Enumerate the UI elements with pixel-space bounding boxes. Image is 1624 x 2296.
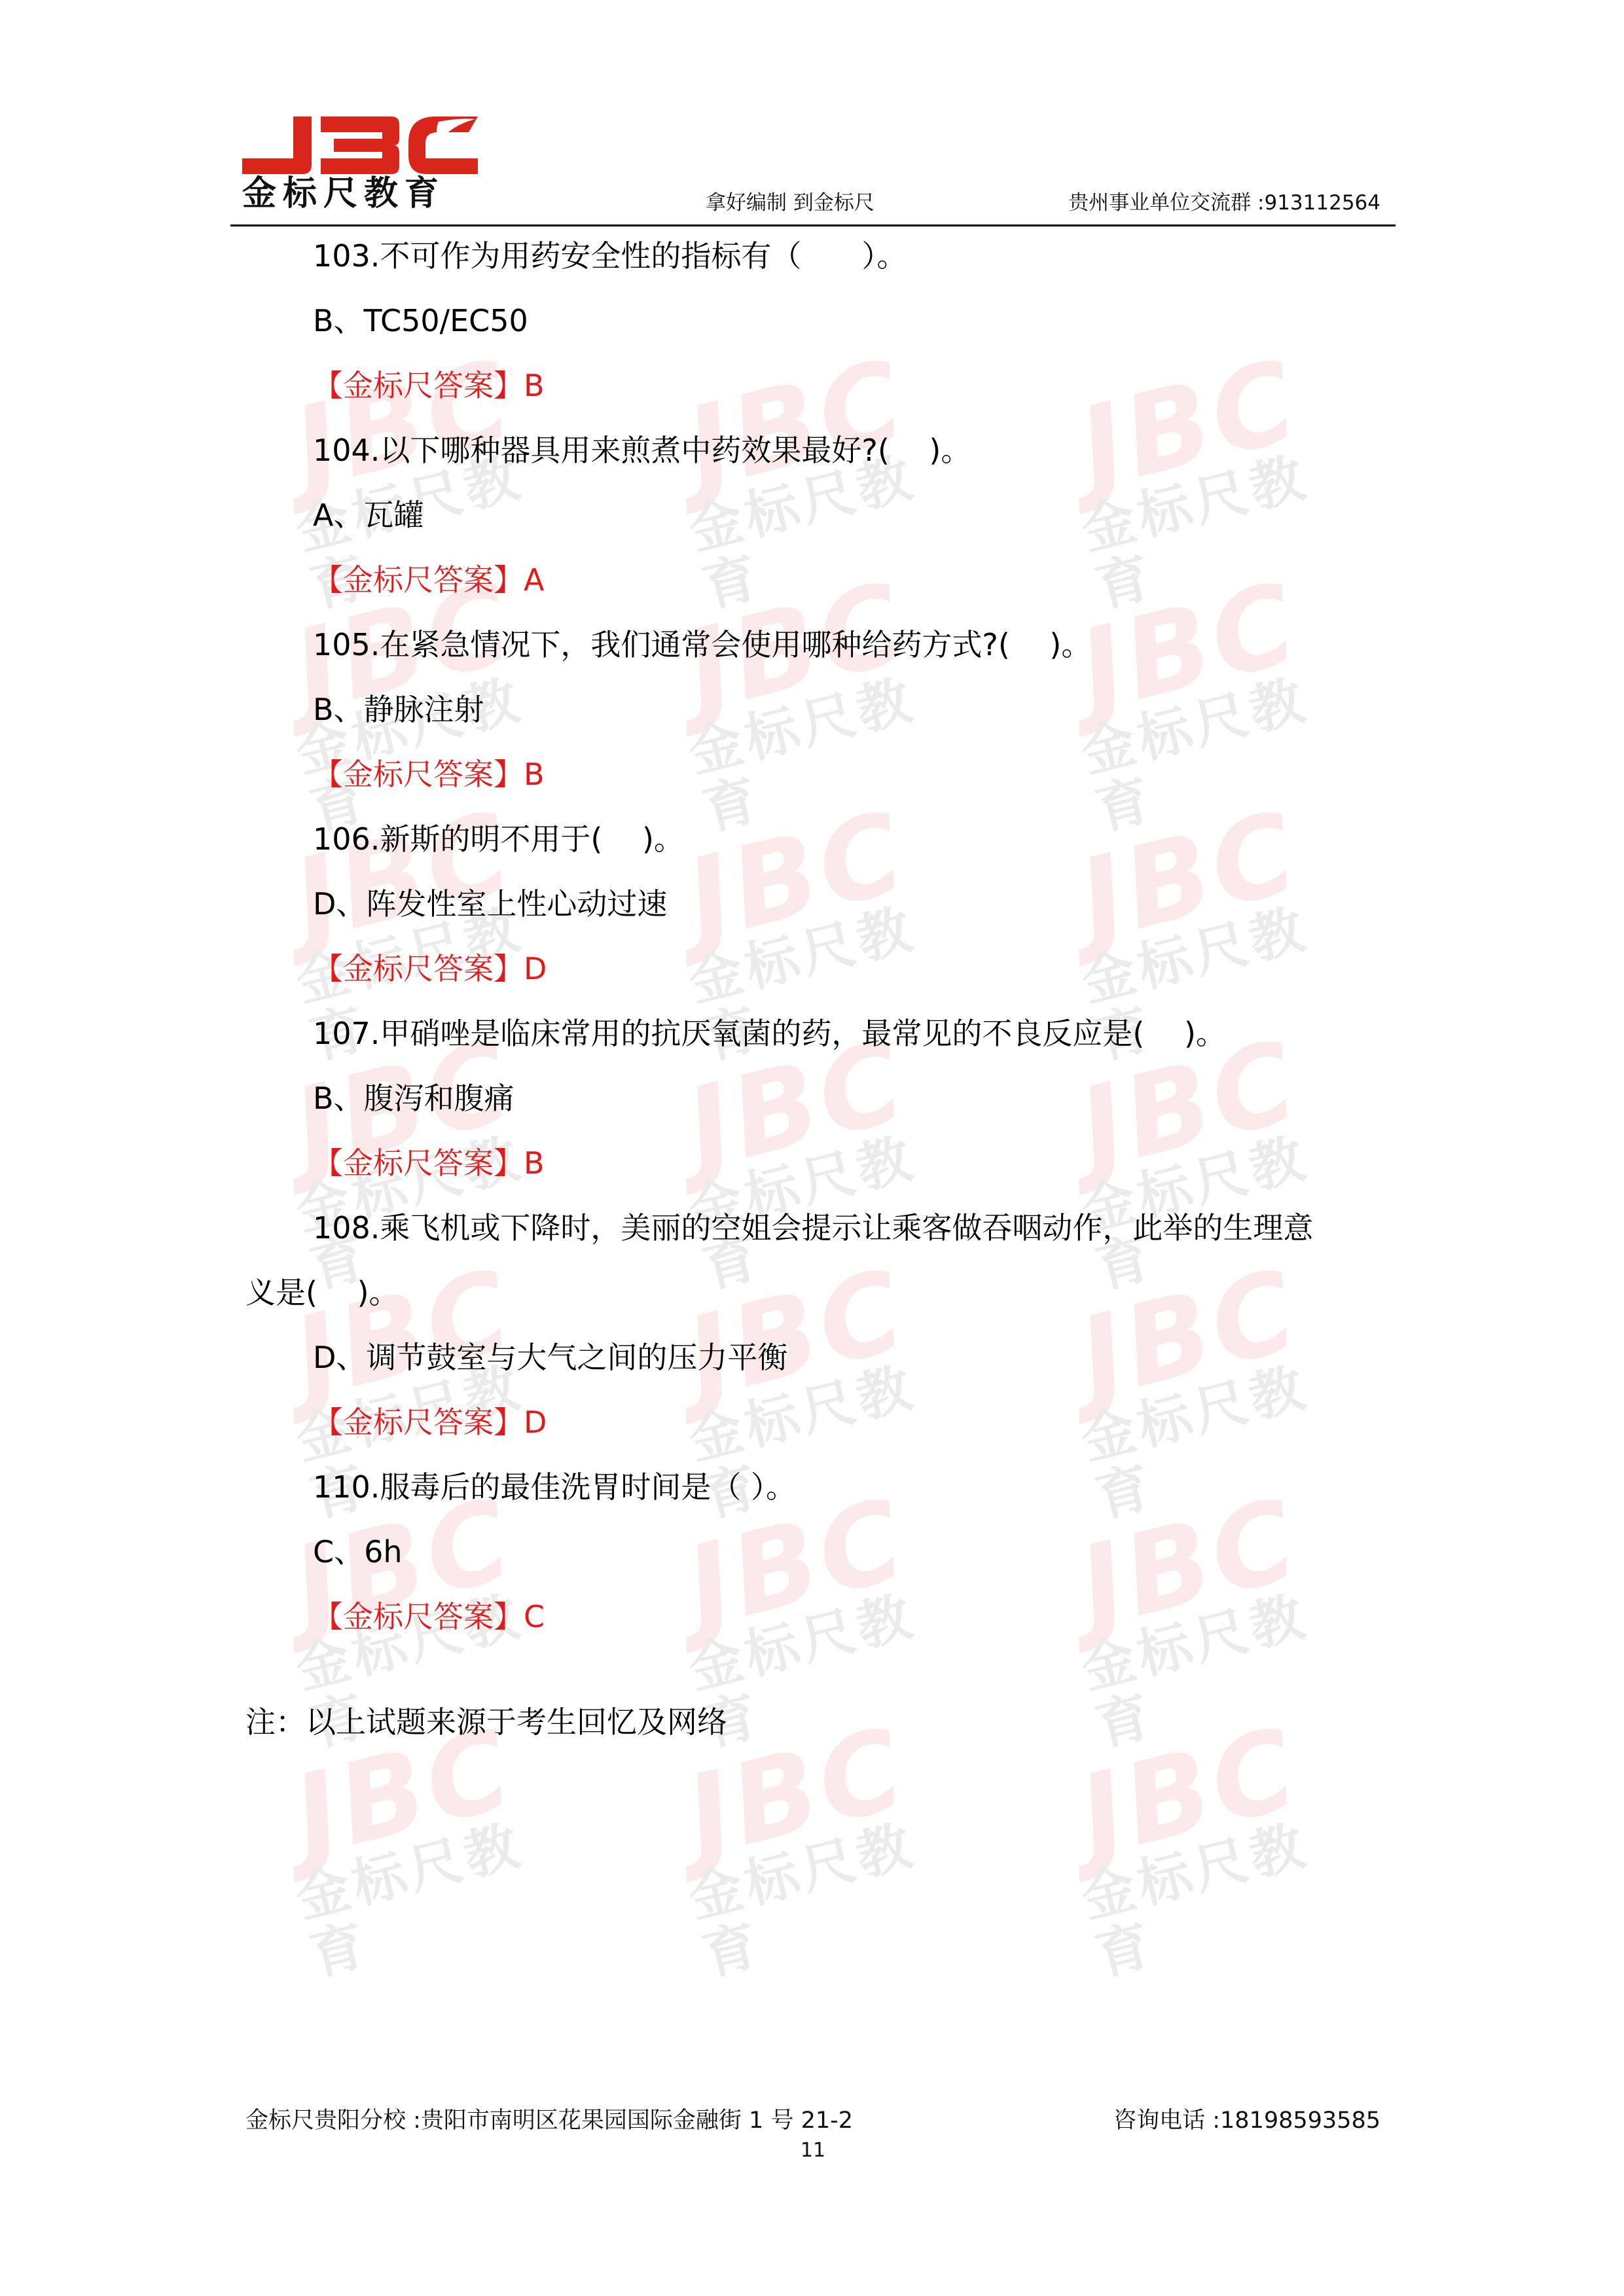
question-stem-103: 103.不可作为用药安全性的指标有（ ）。 (313, 238, 907, 274)
logo-brand-name: 金标尺教育 (242, 175, 445, 212)
question-stem-106: 106.新斯的明不用于( )。 (313, 821, 684, 857)
header-group-number: 贵州事业单位交流群 :913112564 (1068, 186, 1380, 215)
question-stem-108-cont: 义是( )。 (245, 1274, 399, 1311)
answer-value: B (524, 368, 545, 403)
question-answer-107: 【金标尺答案】B (313, 1145, 545, 1181)
watermark-name: 金标尺教育 (683, 1576, 978, 1757)
watermark-letters: JBC (677, 1254, 917, 1415)
question-option-106: D、阵发性室上性心动过速 (313, 886, 667, 922)
answer-value: D (524, 1405, 547, 1440)
answer-label: 【金标尺答案】 (313, 562, 524, 598)
question-option-105: B、静脉注射 (313, 691, 484, 728)
question-option-110: C、6h (313, 1534, 403, 1570)
watermark-letters: JBC (677, 344, 917, 505)
watermark-tile: JBC金标尺教育 (658, 558, 965, 790)
question-stem-110: 110.服毒后的最佳洗胃时间是（ ）。 (313, 1469, 796, 1505)
question-answer-108: 【金标尺答案】D (313, 1404, 547, 1441)
answer-label: 【金标尺答案】 (313, 1599, 524, 1634)
question-answer-104: 【金标尺答案】A (313, 562, 544, 598)
watermark-tile: JBC金标尺教育 (1051, 1704, 1358, 1935)
watermark-letters: JBC (677, 1483, 917, 1644)
jbc-logo-icon (242, 117, 478, 174)
footer-phone: 咨询电话 :18198593585 (1113, 2102, 1380, 2135)
watermark-tile: JBC金标尺教育 (1051, 1475, 1358, 1706)
question-stem-105: 105.在紧急情况下，我们通常会使用哪种给药方式?( )。 (313, 626, 1091, 663)
answer-value: D (524, 951, 547, 986)
watermark-name: 金标尺教育 (290, 660, 585, 840)
document-page: JBC金标尺教育JBC金标尺教育JBC金标尺教育JBC金标尺教育JBC金标尺教育… (0, 0, 1624, 2296)
watermark-letters: JBC (1070, 344, 1310, 505)
header-divider (230, 224, 1396, 226)
watermark-tile: JBC金标尺教育 (1051, 336, 1358, 567)
question-answer-106: 【金标尺答案】D (313, 950, 547, 987)
question-answer-110: 【金标尺答案】C (313, 1598, 545, 1635)
question-stem-108: 108.乘飞机或下降时，美丽的空姐会提示让乘客做吞咽动作，此举的生理意 (313, 1210, 1313, 1246)
answer-value: B (524, 1145, 545, 1181)
question-option-103: B、TC50/EC50 (313, 302, 528, 339)
answer-label: 【金标尺答案】 (313, 368, 524, 403)
watermark-name: 金标尺教育 (290, 1805, 585, 1986)
question-stem-104: 104.以下哪种器具用来煎煮中药效果最好?( )。 (313, 432, 971, 469)
question-answer-103: 【金标尺答案】B (313, 367, 545, 404)
question-answer-105: 【金标尺答案】B (313, 756, 545, 793)
watermark-tile: JBC金标尺教育 (1051, 787, 1358, 1019)
watermark-letters: JBC (1070, 796, 1310, 957)
watermark-name: 金标尺教育 (1075, 437, 1371, 618)
watermark-letters: JBC (1070, 567, 1310, 728)
watermark-name: 金标尺教育 (1075, 1805, 1371, 1986)
answer-label: 【金标尺答案】 (313, 757, 524, 792)
watermark-name: 金标尺教育 (1075, 660, 1371, 840)
watermark-name: 金标尺教育 (683, 1118, 978, 1299)
watermark-name: 金标尺教育 (1075, 1118, 1371, 1299)
watermark-tile: JBC金标尺教育 (265, 1475, 573, 1706)
watermark-tile: JBC金标尺教育 (658, 787, 965, 1019)
watermark-name: 金标尺教育 (683, 1805, 978, 1986)
answer-value: C (524, 1599, 545, 1634)
answer-value: A (524, 562, 544, 598)
watermark-tile: JBC金标尺教育 (1051, 1246, 1358, 1477)
watermark-tile: JBC金标尺教育 (658, 1475, 965, 1706)
watermark-name: 金标尺教育 (1075, 1347, 1371, 1528)
watermark-layer: JBC金标尺教育JBC金标尺教育JBC金标尺教育JBC金标尺教育JBC金标尺教育… (0, 0, 1624, 2296)
footer-address: 金标尺贵阳分校 :贵阳市南明区花果园国际金融街 1 号 21-2 (245, 2102, 853, 2135)
watermark-letters: JBC (1070, 1712, 1310, 1873)
page-number: 11 (800, 2139, 826, 2162)
answer-value: B (524, 757, 545, 792)
answer-label: 【金标尺答案】 (313, 1405, 524, 1440)
watermark-name: 金标尺教育 (1075, 1576, 1371, 1757)
watermark-name: 金标尺教育 (683, 660, 978, 840)
answer-label: 【金标尺答案】 (313, 951, 524, 986)
question-stem-107: 107.甲硝唑是临床常用的抗厌氧菌的药，最常见的不良反应是( )。 (313, 1015, 1226, 1052)
question-option-108: D、调节鼓室与大气之间的压力平衡 (313, 1339, 787, 1376)
watermark-tile: JBC金标尺教育 (1051, 558, 1358, 790)
question-option-107: B、腹泻和腹痛 (313, 1080, 514, 1117)
answer-label: 【金标尺答案】 (313, 1145, 524, 1181)
question-option-104: A、瓦罐 (313, 497, 424, 533)
jbc-logo: 金标尺教育 (242, 117, 478, 211)
watermark-letters: JBC (1070, 1254, 1310, 1415)
watermark-letters: JBC (1070, 1483, 1310, 1644)
watermark-letters: JBC (677, 796, 917, 957)
header-slogan: 拿好编制 到金标尺 (706, 186, 875, 215)
source-note: 注：以上试题来源于考生回忆及网络 (245, 1704, 727, 1740)
